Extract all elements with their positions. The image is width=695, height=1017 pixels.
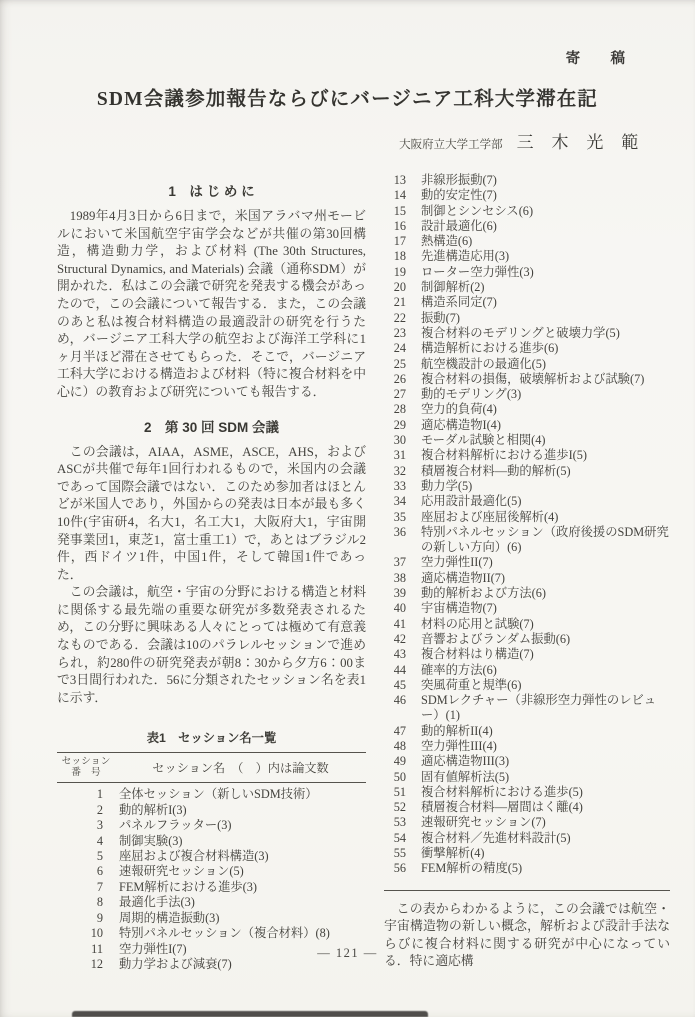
session-number: 43 xyxy=(384,647,406,662)
session-name: 構造系同定(7) xyxy=(406,295,670,310)
table-row: 50 固有値解析法(5) xyxy=(384,770,670,785)
session-number: 30 xyxy=(384,433,406,448)
table-row: 20 制御解析(2) xyxy=(384,280,670,295)
session-number: 1 xyxy=(57,787,103,802)
session-name: 適応構造物I(4) xyxy=(406,418,670,433)
table-row: 24 構造解析における進歩(6) xyxy=(384,341,670,356)
table-row: 56 FEM解析の精度(5) xyxy=(384,861,670,876)
column-header-session-number: セッション 番 号 xyxy=(57,756,115,778)
session-number: 7 xyxy=(57,880,103,895)
table-row: 8 最適化手法(3) xyxy=(57,895,366,910)
session-name: 全体セッション（新しいSDM技術） xyxy=(103,787,366,802)
session-name: 動的解析I(3) xyxy=(103,803,366,818)
byline: 大阪府立大学工学部 三 木 光 範 xyxy=(399,128,645,153)
session-number: 13 xyxy=(384,173,406,188)
table-row: 34 応用設計最適化(5) xyxy=(384,494,670,509)
table-row: 51 複合材料解析における進歩(5) xyxy=(384,785,670,800)
session-number: 19 xyxy=(384,265,406,280)
session-name: 座屈および座屈後解析(4) xyxy=(406,510,670,525)
table-row: 47 動的解析II(4) xyxy=(384,724,670,739)
table-row: 1 全体セッション（新しいSDM技術） xyxy=(57,787,366,802)
table-caption: 表1 セッション名一覧 xyxy=(57,728,366,746)
session-number: 6 xyxy=(57,864,103,879)
session-number: 40 xyxy=(384,601,406,616)
session-number: 9 xyxy=(57,911,103,926)
session-name: 空力弾性III(4) xyxy=(406,739,670,754)
session-rows-1-12: 1 全体セッション（新しいSDM技術） 2 動的解析I(3) 3 パネルフラッタ… xyxy=(57,787,366,972)
left-column: 1 は じ め に 1989年4月3日から6日まで，米国アラバマ州モービルにおい… xyxy=(57,180,366,972)
session-name: 特別パネルセッション（政府後援のSDM研究の新しい方向）(6) xyxy=(406,525,670,556)
session-number: 29 xyxy=(384,418,406,433)
author-name: 三 木 光 範 xyxy=(517,128,645,153)
session-number: 26 xyxy=(384,372,406,387)
session-name: 複合材料の損傷，破壊解析および試験(7) xyxy=(406,372,670,387)
session-number: 44 xyxy=(384,663,406,678)
table-row: 32 積層複合材料―動的解析(5) xyxy=(384,464,670,479)
table-row: 14 動的安定性(7) xyxy=(384,188,670,203)
session-number: 23 xyxy=(384,326,406,341)
section-2-paragraph-1: この会議は，AIAA，ASME，ASCE，AHS，およびASCが共催で毎年1回行… xyxy=(57,444,366,585)
session-number: 21 xyxy=(384,295,406,310)
page-number: — 121 — xyxy=(0,946,695,961)
table-row: 15 制御とシンセシス(6) xyxy=(384,204,670,219)
contribution-corner-label: 寄 稿 xyxy=(566,47,633,68)
session-number: 31 xyxy=(384,448,406,463)
table-row: 55 衝撃解析(4) xyxy=(384,846,670,861)
session-table: セッション 番 号 セッション名 （ ）内は論文数 1 全体セッション（新しいS… xyxy=(57,752,366,972)
session-number: 50 xyxy=(384,770,406,785)
session-number: 17 xyxy=(384,234,406,249)
session-number: 45 xyxy=(384,678,406,693)
table-row: 25 航空機設計の最適化(5) xyxy=(384,357,670,372)
table-row: 2 動的解析I(3) xyxy=(57,803,366,818)
session-name: 座屈および複合材料構造(3) xyxy=(103,849,366,864)
session-number: 46 xyxy=(384,693,406,724)
session-name: 宇宙構造物(7) xyxy=(406,601,670,616)
table-row: 48 空力弾性III(4) xyxy=(384,739,670,754)
session-name: 積層複合材料―動的解析(5) xyxy=(406,464,670,479)
table-row: 17 熱構造(6) xyxy=(384,234,670,249)
table-row: 45 突風荷重と規準(6) xyxy=(384,678,670,693)
table-row: 46 SDMレクチャー（非線形空力弾性のレビュー）(1) xyxy=(384,693,670,724)
author-affiliation: 大阪府立大学工学部 xyxy=(399,136,503,152)
session-number: 14 xyxy=(384,188,406,203)
session-number: 42 xyxy=(384,632,406,647)
table-row: 19 ローター空力弾性(3) xyxy=(384,265,670,280)
table-row: 40 宇宙構造物(7) xyxy=(384,601,670,616)
table-row: 30 モーダル試験と相関(4) xyxy=(384,433,670,448)
session-number: 37 xyxy=(384,555,406,570)
table-row: 28 空力的負荷(4) xyxy=(384,402,670,417)
session-number: 33 xyxy=(384,479,406,494)
table-end-separator xyxy=(384,890,670,891)
session-name: 突風荷重と規準(6) xyxy=(406,678,670,693)
session-name: 衝撃解析(4) xyxy=(406,846,670,861)
session-name: FEM解析の精度(5) xyxy=(406,861,670,876)
table-row: 39 動的解析および方法(6) xyxy=(384,586,670,601)
session-name: 音響およびランダム振動(6) xyxy=(406,632,670,647)
session-number: 22 xyxy=(384,311,406,326)
table-row: 9 周期的構造振動(3) xyxy=(57,911,366,926)
session-number: 38 xyxy=(384,571,406,586)
session-number: 3 xyxy=(57,818,103,833)
session-name: 制御とシンセシス(6) xyxy=(406,204,670,219)
session-name: 非線形振動(7) xyxy=(406,173,670,188)
session-number: 15 xyxy=(384,204,406,219)
section-2-heading: 2 第 30 回 SDM 会議 xyxy=(57,416,366,436)
session-number: 56 xyxy=(384,861,406,876)
session-number: 35 xyxy=(384,510,406,525)
scan-edge-artifact xyxy=(72,1011,428,1017)
table-row: 3 パネルフラッター(3) xyxy=(57,818,366,833)
session-name: 先進構造応用(3) xyxy=(406,249,670,264)
session-number: 51 xyxy=(384,785,406,800)
session-name: 振動(7) xyxy=(406,311,670,326)
session-name: 空力弾性II(7) xyxy=(406,555,670,570)
table-row: 27 動的モデリング(3) xyxy=(384,387,670,402)
session-number: 32 xyxy=(384,464,406,479)
session-number: 55 xyxy=(384,846,406,861)
session-name: 複合材料解析における進歩I(5) xyxy=(406,448,670,463)
session-name: パネルフラッター(3) xyxy=(103,818,366,833)
session-name: 複合材料のモデリングと破壊力学(5) xyxy=(406,326,670,341)
session-name: モーダル試験と相関(4) xyxy=(406,433,670,448)
session-name: FEM解析における進歩(3) xyxy=(103,880,366,895)
session-number: 53 xyxy=(384,815,406,830)
session-number: 16 xyxy=(384,219,406,234)
session-number: 10 xyxy=(57,926,103,941)
table-row: 16 設計最適化(6) xyxy=(384,219,670,234)
section-1-paragraph: 1989年4月3日から6日まで，米国アラバマ州モービルにおいて米国航空宇宙学会な… xyxy=(57,208,366,402)
session-name: 複合材料解析における進歩(5) xyxy=(406,785,670,800)
session-name: 設計最適化(6) xyxy=(406,219,670,234)
session-name: 材料の応用と試験(7) xyxy=(406,617,670,632)
session-name: 航空機設計の最適化(5) xyxy=(406,357,670,372)
session-number: 20 xyxy=(384,280,406,295)
session-number: 24 xyxy=(384,341,406,356)
session-number: 8 xyxy=(57,895,103,910)
table-row: 22 振動(7) xyxy=(384,311,670,326)
table-row: 41 材料の応用と試験(7) xyxy=(384,617,670,632)
session-name: 制御実験(3) xyxy=(103,834,366,849)
session-name: 固有値解析法(5) xyxy=(406,770,670,785)
session-name: 速報研究セッション(7) xyxy=(406,815,670,830)
table-row: 21 構造系同定(7) xyxy=(384,295,670,310)
table-row: 26 複合材料の損傷，破壊解析および試験(7) xyxy=(384,372,670,387)
table-row: 10 特別パネルセッション（複合材料）(8) xyxy=(57,926,366,941)
session-rows-13-56: 13 非線形振動(7) 14 動的安定性(7) 15 制御とシンセシス(6) 1… xyxy=(384,173,670,877)
session-number: 5 xyxy=(57,849,103,864)
article-title: SDM会議参加報告ならびにバージニア工科大学滞在記 xyxy=(0,83,695,111)
session-number: 28 xyxy=(384,402,406,417)
table-row: 5 座屈および複合材料構造(3) xyxy=(57,849,366,864)
session-number: 41 xyxy=(384,617,406,632)
session-number: 34 xyxy=(384,494,406,509)
session-number: 39 xyxy=(384,586,406,601)
session-name: 応用設計最適化(5) xyxy=(406,494,670,509)
table-row: 44 確率的方法(6) xyxy=(384,663,670,678)
table-row: 35 座屈および座屈後解析(4) xyxy=(384,510,670,525)
table-row: 36 特別パネルセッション（政府後援のSDM研究の新しい方向）(6) xyxy=(384,525,670,556)
session-name: 周期的構造振動(3) xyxy=(103,911,366,926)
session-name: 動的解析および方法(6) xyxy=(406,586,670,601)
column-header-session-name: セッション名 （ ）内は論文数 xyxy=(115,759,366,776)
session-number: 27 xyxy=(384,387,406,402)
session-name: 動力学(5) xyxy=(406,479,670,494)
session-name: 制御解析(2) xyxy=(406,280,670,295)
session-name: 複合材料／先進材料設計(5) xyxy=(406,831,670,846)
session-number: 4 xyxy=(57,834,103,849)
table-row: 37 空力弾性II(7) xyxy=(384,555,670,570)
session-number: 52 xyxy=(384,800,406,815)
table-header-row: セッション 番 号 セッション名 （ ）内は論文数 xyxy=(57,752,366,783)
table-row: 29 適応構造物I(4) xyxy=(384,418,670,433)
table-row: 7 FEM解析における進歩(3) xyxy=(57,880,366,895)
session-name: 熱構造(6) xyxy=(406,234,670,249)
session-name: 動的解析II(4) xyxy=(406,724,670,739)
session-name: 適応構造物II(7) xyxy=(406,571,670,586)
session-number: 47 xyxy=(384,724,406,739)
table-row: 18 先進構造応用(3) xyxy=(384,249,670,264)
session-name: 適応構造物III(3) xyxy=(406,754,670,769)
table-row: 23 複合材料のモデリングと破壊力学(5) xyxy=(384,326,670,341)
table-row: 43 複合材料はり構造(7) xyxy=(384,647,670,662)
table-row: 52 積層複合材料―層間はく離(4) xyxy=(384,800,670,815)
table-row: 42 音響およびランダム振動(6) xyxy=(384,632,670,647)
table-row: 4 制御実験(3) xyxy=(57,834,366,849)
session-name: 動的安定性(7) xyxy=(406,188,670,203)
session-name: SDMレクチャー（非線形空力弾性のレビュー）(1) xyxy=(406,693,670,724)
session-name: 動的モデリング(3) xyxy=(406,387,670,402)
session-name: 空力的負荷(4) xyxy=(406,402,670,417)
session-number: 48 xyxy=(384,739,406,754)
session-number: 36 xyxy=(384,525,406,556)
session-name: ローター空力弾性(3) xyxy=(406,265,670,280)
session-name: 特別パネルセッション（複合材料）(8) xyxy=(103,926,366,941)
table-row: 49 適応構造物III(3) xyxy=(384,754,670,769)
session-name: 複合材料はり構造(7) xyxy=(406,647,670,662)
session-name: 積層複合材料―層間はく離(4) xyxy=(406,800,670,815)
session-name: 最適化手法(3) xyxy=(103,895,366,910)
scanned-journal-page: 寄 稿 SDM会議参加報告ならびにバージニア工科大学滞在記 大阪府立大学工学部 … xyxy=(0,0,695,1017)
right-column: 13 非線形振動(7) 14 動的安定性(7) 15 制御とシンセシス(6) 1… xyxy=(384,173,670,971)
session-name: 構造解析における進歩(6) xyxy=(406,341,670,356)
session-name: 確率的方法(6) xyxy=(406,663,670,678)
section-2-paragraph-2: この会議は，航空・宇宙の分野における構造と材料に関係する最先端の重要な研究が多数… xyxy=(57,584,366,707)
table-row: 38 適応構造物II(7) xyxy=(384,571,670,586)
column-header-session-number-line2: 番 号 xyxy=(57,767,115,778)
column-header-session-number-line1: セッション xyxy=(57,756,115,767)
table-row: 6 速報研究セッション(5) xyxy=(57,864,366,879)
session-number: 54 xyxy=(384,831,406,846)
table-row: 33 動力学(5) xyxy=(384,479,670,494)
session-name: 速報研究セッション(5) xyxy=(103,864,366,879)
table-row: 54 複合材料／先進材料設計(5) xyxy=(384,831,670,846)
session-number: 25 xyxy=(384,357,406,372)
section-1-heading: 1 は じ め に xyxy=(57,180,366,200)
table-row: 13 非線形振動(7) xyxy=(384,173,670,188)
table-row: 31 複合材料解析における進歩I(5) xyxy=(384,448,670,463)
table-row: 53 速報研究セッション(7) xyxy=(384,815,670,830)
session-number: 18 xyxy=(384,249,406,264)
session-number: 2 xyxy=(57,803,103,818)
session-number: 49 xyxy=(384,754,406,769)
